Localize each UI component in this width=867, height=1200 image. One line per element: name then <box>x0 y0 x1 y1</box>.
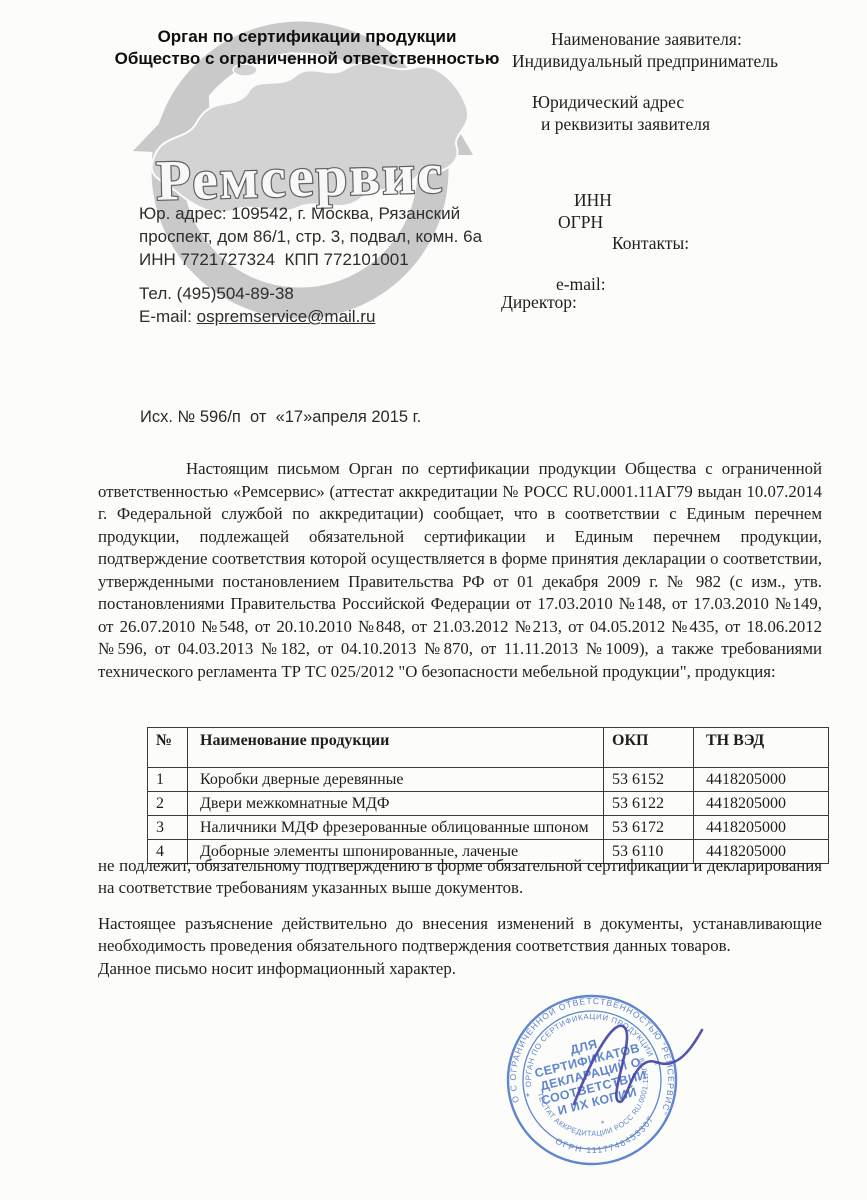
email-label: E-mail: <box>139 307 197 326</box>
closing-paragraph-2: Настоящее разъяснение действительно до в… <box>98 913 822 958</box>
cell-tnved: 4418205000 <box>694 792 829 816</box>
cell-tnved: 4418205000 <box>694 816 829 840</box>
col-header-tnved: ТН ВЭД <box>694 728 829 768</box>
cell-okp: 53 6172 <box>604 816 694 840</box>
cell-tnved: 4418205000 <box>694 768 829 792</box>
email-line: E-mail: ospremservice@mail.ru <box>139 305 469 328</box>
phone-line: Тел. (495)504-89-38 <box>139 282 469 305</box>
org-line-1: Орган по сертификации продукции <box>112 26 502 48</box>
email-link: ospremservice@mail.ru <box>197 307 376 326</box>
cell-num: 1 <box>148 768 188 792</box>
org-line-2: Общество с ограниченной ответственностью <box>112 48 502 70</box>
body-paragraph: Настоящим письмом Орган по сертификации … <box>98 458 822 683</box>
letterhead-address-block: Юр. адрес: 109542, г. Москва, Рязанский … <box>139 202 469 328</box>
closing-paragraph-1: не подлежит, обязательному подтверждению… <box>98 855 822 900</box>
col-header-num: № <box>148 728 188 768</box>
table-row: 3 Наличники МДФ фрезерованные облицованн… <box>148 816 829 840</box>
scanned-letter-page: Ремсервис Орган по сертификации продукци… <box>0 0 867 1200</box>
cell-name: Двери межкомнатные МДФ <box>188 792 604 816</box>
applicant-name-value: Индивидуальный предприниматель <box>512 51 778 72</box>
cell-okp: 53 6122 <box>604 792 694 816</box>
closing-paragraph-3: Данное письмо носит информационный харак… <box>98 958 822 980</box>
cell-name: Коробки дверные деревянные <box>188 768 604 792</box>
col-header-name: Наименование продукции <box>188 728 604 768</box>
table-row: 1 Коробки дверные деревянные 53 6152 441… <box>148 768 829 792</box>
applicant-inn-label: ИНН <box>574 190 612 211</box>
applicant-address-label-2: и реквизиты заявителя <box>541 114 710 135</box>
table-row: 2 Двери межкомнатные МДФ 53 6122 4418205… <box>148 792 829 816</box>
inn-kpp-line: ИНН 7721727324 КПП 772101001 <box>139 248 469 271</box>
table-header-row: № Наименование продукции ОКП ТН ВЭД <box>148 728 829 768</box>
applicant-name-label: Наименование заявителя: <box>551 29 742 50</box>
cell-name: Наличники МДФ фрезерованные облицованные… <box>188 816 604 840</box>
applicant-ogrn-label: ОГРН <box>558 212 603 233</box>
cell-okp: 53 6152 <box>604 768 694 792</box>
outgoing-ref-line: Исх. № 596/п от «17»апреля 2015 г. <box>140 408 421 427</box>
closing-text: не подлежит, обязательному подтверждению… <box>98 855 822 980</box>
applicant-address-label-1: Юридический адрес <box>532 92 684 113</box>
cell-num: 2 <box>148 792 188 816</box>
product-table: № Наименование продукции ОКП ТН ВЭД 1 Ко… <box>147 727 829 864</box>
cell-num: 3 <box>148 816 188 840</box>
col-header-okp: ОКП <box>604 728 694 768</box>
stamp-outer-ring-bottom-text: ОГРН 1117746453307 <box>552 1112 661 1166</box>
legal-address-line-1: Юр. адрес: 109542, г. Москва, Рязанский <box>139 202 469 225</box>
signature-stroke <box>574 1026 702 1104</box>
applicant-director-label: Директор: <box>501 292 577 313</box>
stamp-star-bottom: * <box>600 1118 606 1129</box>
legal-address-line-2: проспект, дом 86/1, стр. 3, подвал, комн… <box>139 225 469 248</box>
signature <box>560 1008 710 1118</box>
applicant-contacts-label: Контакты: <box>612 233 689 254</box>
letterhead-org-name: Орган по сертификации продукции Общество… <box>112 26 502 70</box>
